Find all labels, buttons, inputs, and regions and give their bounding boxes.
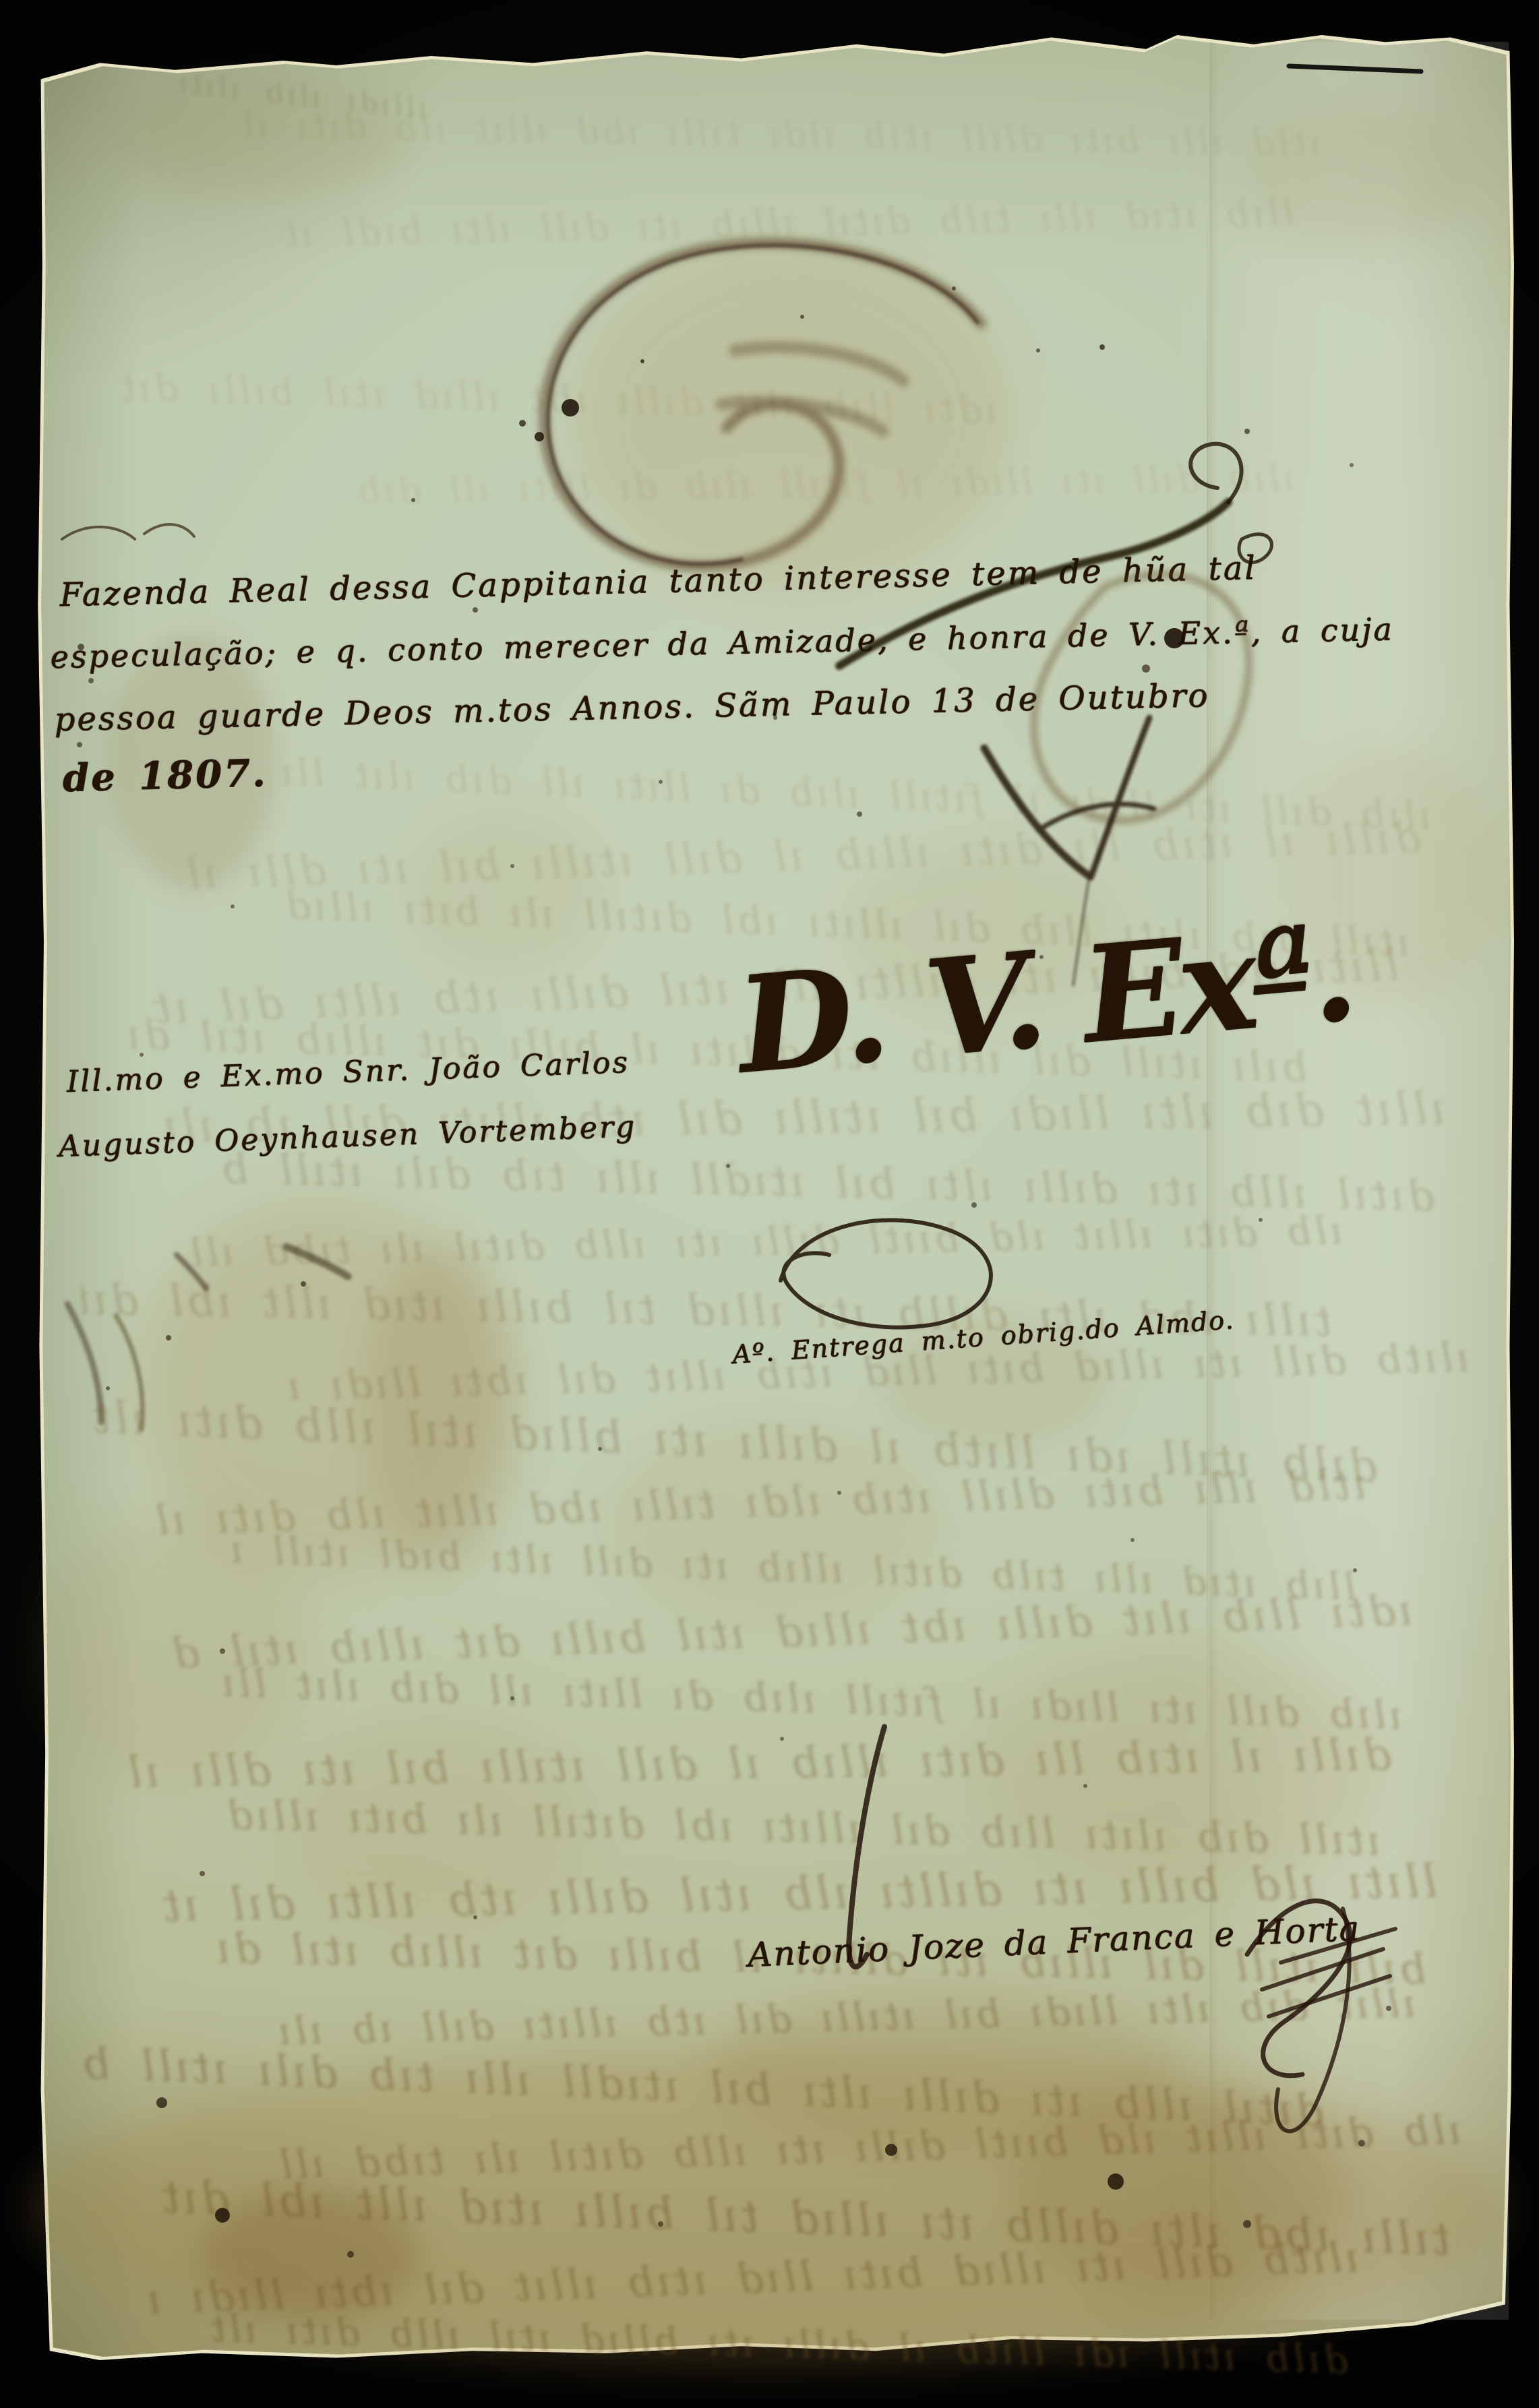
body-line-4: de 1807. xyxy=(62,751,268,801)
paper-edge xyxy=(36,35,1514,2360)
photograph-background: ılıb dıll ıtı llıdı ıl fıtıll ılıb dı ll… xyxy=(0,0,1539,2408)
manuscript-page xyxy=(40,38,1511,2357)
